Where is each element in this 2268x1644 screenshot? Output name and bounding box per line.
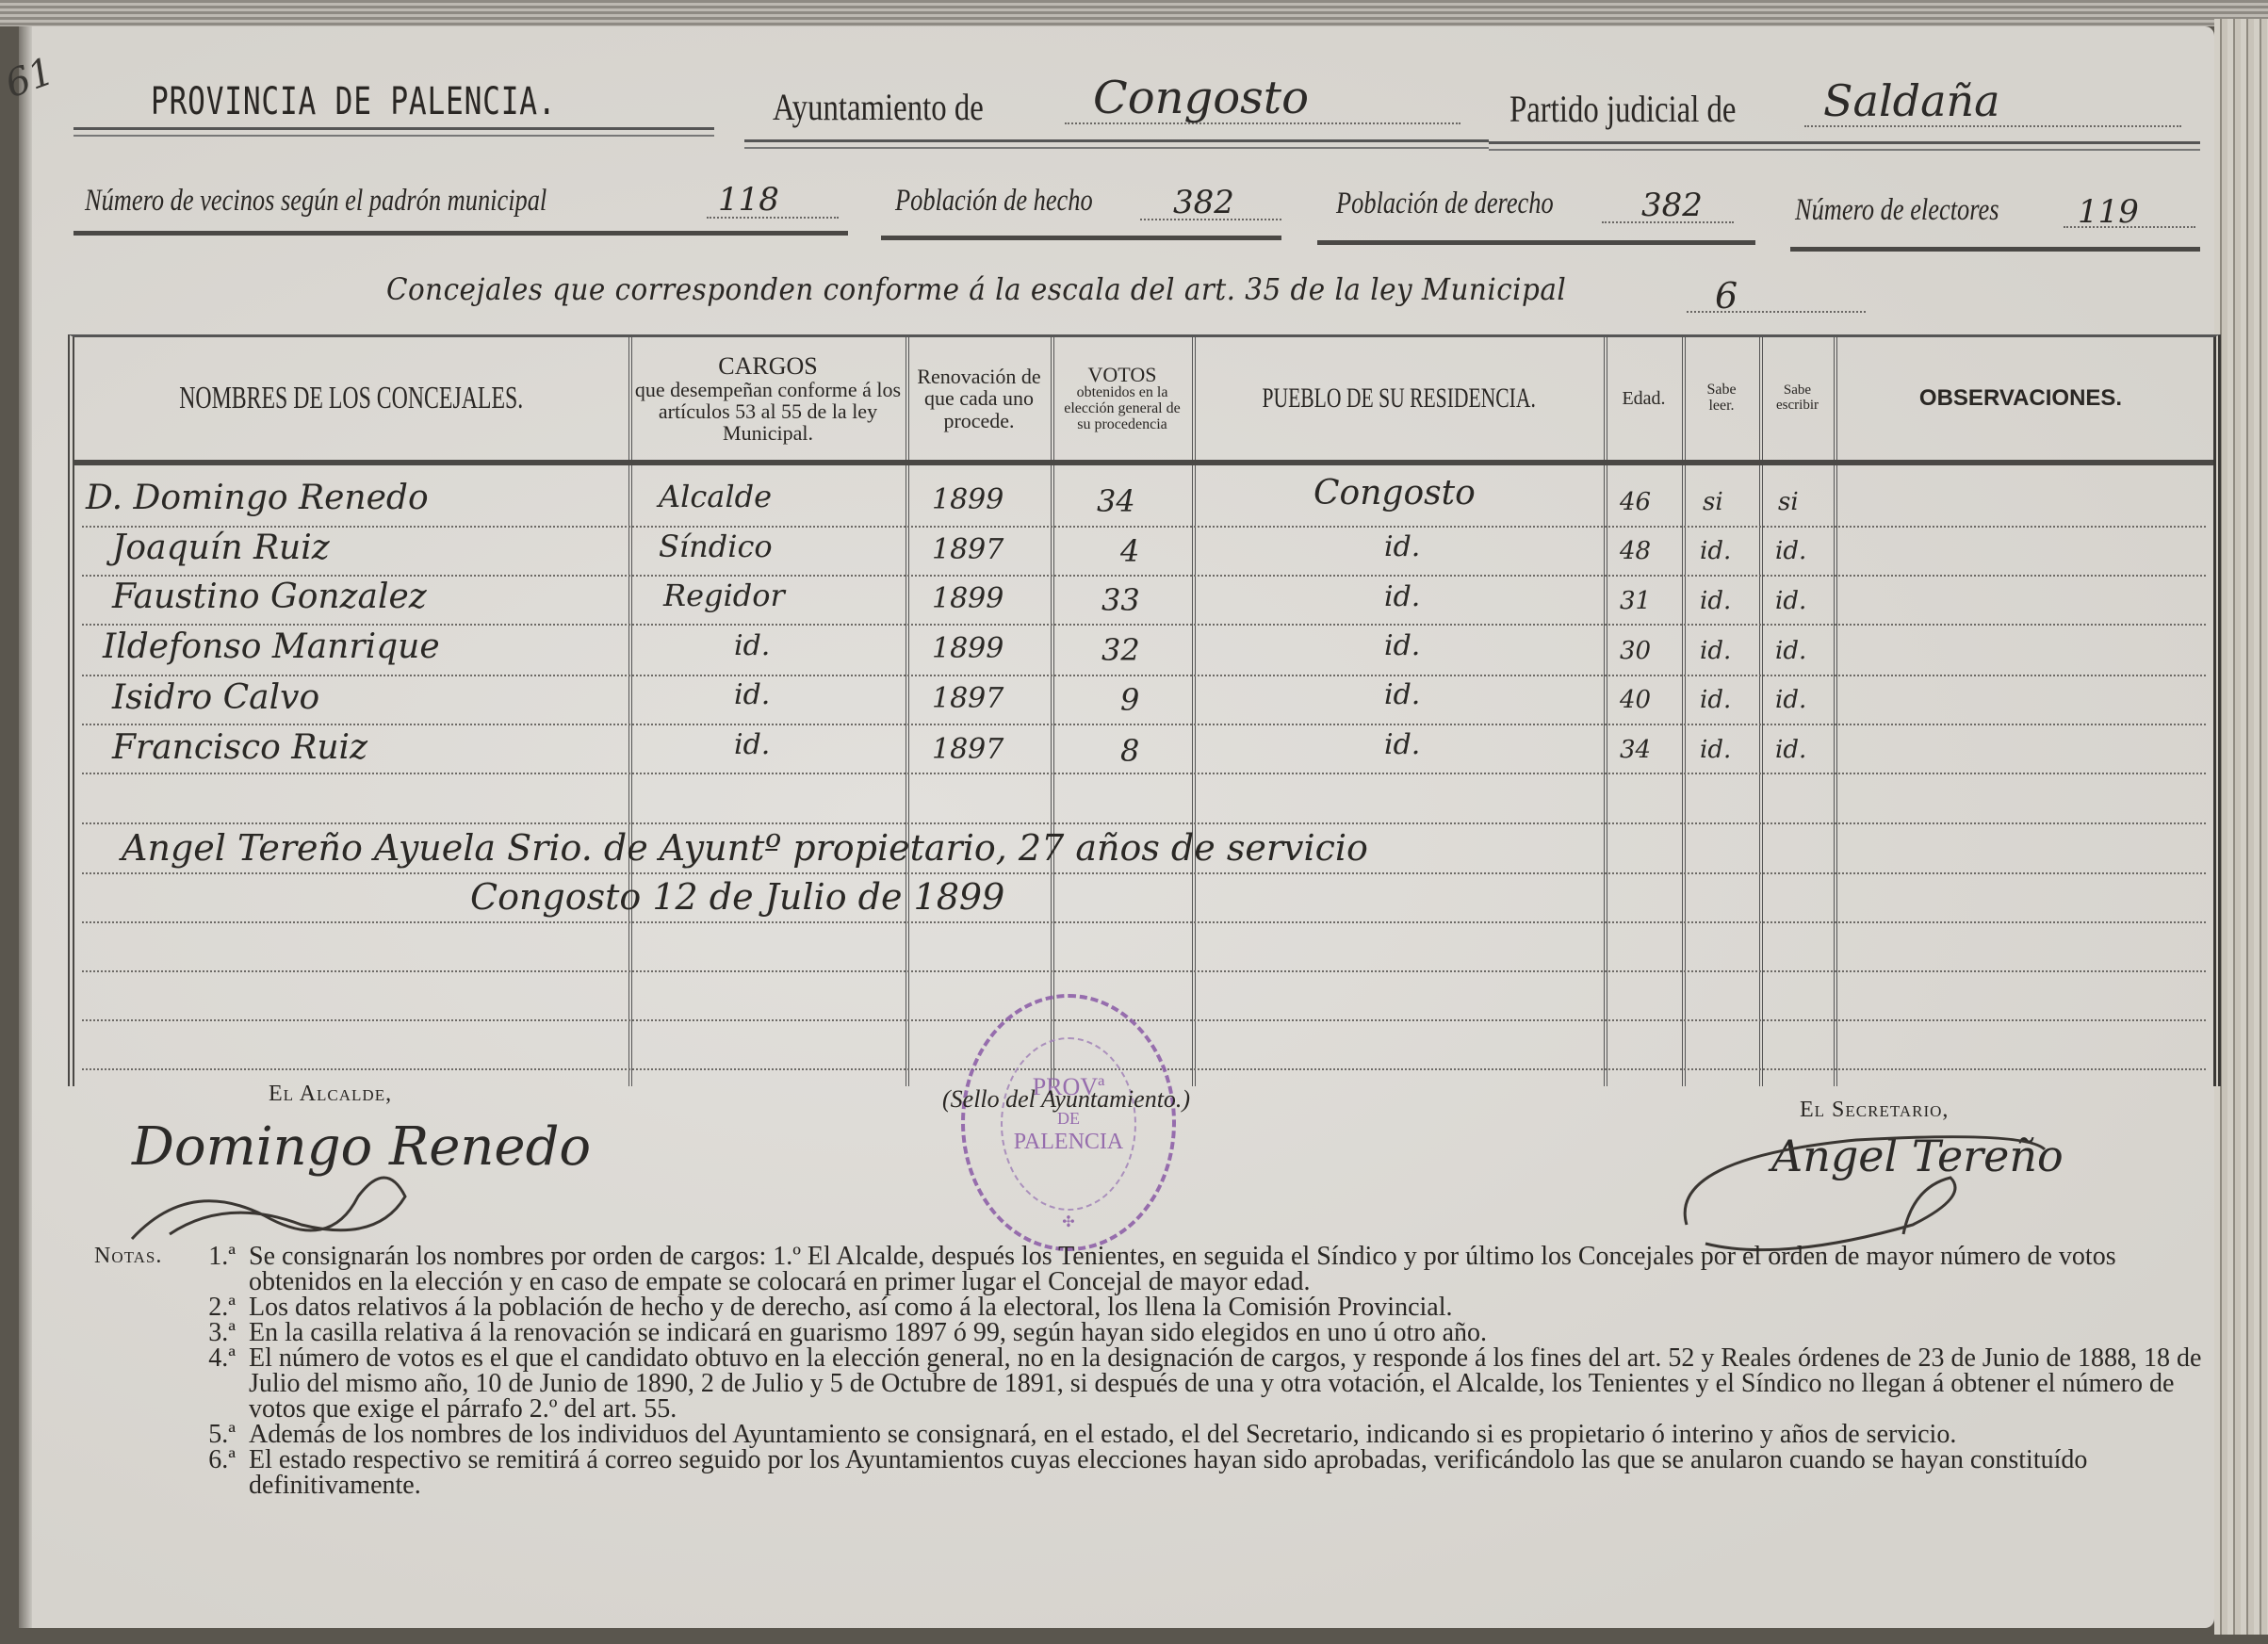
electores-rule [1790,247,2200,252]
cell-escribir: si [1778,488,1799,516]
cell-nombre: Joaquín Ruiz [112,529,330,567]
cell-nombre: Francisco Ruiz [112,728,367,767]
cell-votos: 9 [1120,682,1139,718]
note-number: 3.ª [160,1320,249,1345]
cell-escribir: id. [1775,587,1806,615]
electores-label: Número de electores [1795,193,1999,228]
partido-label: Partido judicial de [1509,87,1736,131]
header-sabe-escribir: Sabe escribir [1761,337,1834,460]
cell-escribir: id. [1775,686,1806,714]
cell-pueblo: id. [1384,629,1420,662]
cell-leer: si [1703,488,1723,516]
ayuntamiento-rule [744,139,1489,149]
cell-leer: id. [1700,736,1731,764]
cell-cargo: Regidor [663,578,785,613]
cell-renovacion: 1899 [932,582,1003,615]
poblacion-hecho-label: Población de hecho [895,184,1093,219]
partido-rule [1489,141,2200,151]
concejales-value: 6 [1715,275,1738,317]
cell-cargo: id. [734,678,770,711]
cell-renovacion: 1897 [932,682,1003,715]
row-line [82,526,2206,528]
row-line [82,822,2206,824]
cell-renovacion: 1899 [932,483,1003,516]
cell-cargo: id. [734,629,770,662]
cell-escribir: id. [1775,537,1806,565]
note-number: 1.ª [160,1244,249,1294]
ayuntamiento-label: Ayuntamiento de [773,85,984,129]
poblacion-derecho-label: Población de derecho [1336,187,1554,221]
cell-votos: 8 [1120,733,1139,769]
province-rule [73,127,714,137]
cell-pueblo: id. [1384,678,1420,711]
vecinos-label: Número de vecinos según el padrón munici… [85,184,547,219]
row-line [82,773,2206,774]
stamp-line3: PALENCIA [965,1130,1172,1155]
book-gutter [19,26,32,1628]
cell-nombre: Isidro Calvo [112,678,319,717]
note-item: 1.ªSe consignarán los nombres por orden … [160,1244,2205,1294]
cell-nombre: Faustino Gonzalez [112,578,427,616]
electores-value: 119 [2078,193,2139,231]
ayuntamiento-stamp: PROVª DE PALENCIA ✣ [961,994,1176,1251]
note-text: Se consignarán los nombres por orden de … [249,1244,2205,1294]
cell-votos: 32 [1101,632,1140,668]
cell-pueblo: Congosto [1313,474,1476,513]
header-cargos: CARGOS que desempeñan conforme á los art… [630,337,906,460]
cell-edad: 31 [1620,587,1651,615]
cell-escribir: id. [1775,736,1806,764]
cell-pueblo: id. [1384,728,1420,761]
cell-edad: 34 [1620,736,1651,764]
cell-pueblo: id. [1384,580,1420,613]
row-line [82,872,2206,874]
note-item: 3.ªEn la casilla relativa á la renovació… [160,1320,2205,1345]
cell-cargo: id. [734,728,770,761]
poblacion-hecho-value: 382 [1173,184,1234,221]
stamp-star-icon: ✣ [965,1213,1172,1231]
header-edad: Edad. [1606,337,1682,460]
cell-edad: 46 [1620,488,1651,516]
cell-votos: 33 [1101,582,1140,618]
concejales-dotline [1687,311,1866,313]
row-line [82,970,2206,972]
header-cargos-sub: que desempeñan conforme á los artículos … [630,379,906,444]
book-page-edges [2214,19,2268,1635]
cell-renovacion: 1899 [932,632,1003,665]
partido-value: Saldaña [1823,75,2000,126]
header-renovacion: Renovación de que cada uno procede. [907,337,1051,460]
row-line [82,1019,2206,1021]
cell-pueblo: id. [1384,530,1420,563]
header-sabe-leer: Sabe leer. [1684,337,1759,460]
header-pueblo: PUEBLO DE SU RESIDENCIA. [1194,337,1604,460]
cell-nombre: Ildefonso Manrique [103,627,440,666]
derecho-rule [1317,240,1755,245]
header-votos: VOTOS obtenidos en la elección general d… [1052,337,1192,460]
note-number: 4.ª [160,1345,249,1422]
note-item: 4.ªEl número de votos es el que el candi… [160,1345,2205,1422]
row-line [82,575,2206,577]
cell-edad: 40 [1620,686,1651,714]
header-observaciones: OBSERVACIONES. [1836,337,2206,460]
alcalde-label: El Alcalde, [269,1082,392,1107]
ayuntamiento-value: Congosto [1093,72,1309,124]
cell-leer: id. [1700,637,1731,665]
note-item: 6.ªEl estado respectivo se remitirá á co… [160,1447,2205,1498]
vecinos-value: 118 [718,181,779,219]
note-number: 6.ª [160,1447,249,1498]
poblacion-derecho-value: 382 [1641,187,1703,224]
hecho-rule [881,236,1281,240]
cell-leer: id. [1700,686,1731,714]
header-cargos-title: CARGOS [718,353,817,379]
cell-renovacion: 1897 [932,533,1003,566]
cell-edad: 48 [1620,537,1651,565]
note-text: El número de votos es el que el candidat… [249,1345,2205,1422]
row-line [82,724,2206,725]
vecinos-rule [73,231,848,236]
cell-votos: 34 [1097,483,1135,519]
secretario-label: El Secretario, [1800,1098,1949,1123]
concejales-label: Concejales que corresponden conforme á l… [386,271,1566,307]
notes-list: 1.ªSe consignarán los nombres por orden … [160,1244,2205,1498]
note-item: 2.ªLos datos relativos á la población de… [160,1294,2205,1320]
cell-escribir: id. [1775,637,1806,665]
note-text: Los datos relativos á la población de he… [249,1294,2205,1320]
date-entry: Congosto 12 de Julio de 1899 [470,876,1004,918]
row-line [82,624,2206,626]
notes-section: Notas. 1.ªSe consignarán los nombres por… [94,1244,2214,1498]
cell-nombre: D. Domingo Renedo [86,479,429,517]
sello-label: (Sello del Ayuntamiento.) [942,1085,1190,1114]
note-item: 5.ªAdemás de los nombres de los individu… [160,1422,2205,1447]
header-nombres-text: NOMBRES DE LOS CONCEJALES. [180,382,524,415]
concejales-table: NOMBRES DE LOS CONCEJALES. CARGOS que de… [68,334,2221,1086]
note-text: El estado respectivo se remitirá á corre… [249,1447,2205,1498]
secretario-entry: Angel Tereño Ayuela Srio. de Ayuntº prop… [122,827,1368,869]
note-text: Además de los nombres de los individuos … [249,1422,2205,1447]
row-line [82,921,2206,923]
note-number: 2.ª [160,1294,249,1320]
row-line [82,675,2206,676]
cell-cargo: Alcalde [659,479,772,514]
header-rule [74,460,2213,465]
cell-leer: id. [1700,537,1731,565]
cell-renovacion: 1897 [932,733,1003,766]
notes-label: Notas. [94,1244,162,1269]
signature-flourish-icon [113,1159,415,1253]
header-votos-title: VOTOS [1088,364,1157,385]
cell-leer: id. [1700,587,1731,615]
cell-edad: 30 [1620,637,1651,665]
province-title: PROVINCIA DE PALENCIA. [151,80,556,123]
header-votos-sub: obtenidos en la elección general de su p… [1052,385,1192,432]
cell-votos: 4 [1120,533,1139,569]
header-nombres: NOMBRES DE LOS CONCEJALES. [74,337,628,460]
book-top-edge [0,0,2268,26]
cell-cargo: Síndico [659,529,773,564]
note-number: 5.ª [160,1422,249,1447]
header-pueblo-text: PUEBLO DE SU RESIDENCIA. [1262,383,1535,414]
note-text: En la casilla relativa á la renovación s… [249,1320,2205,1345]
